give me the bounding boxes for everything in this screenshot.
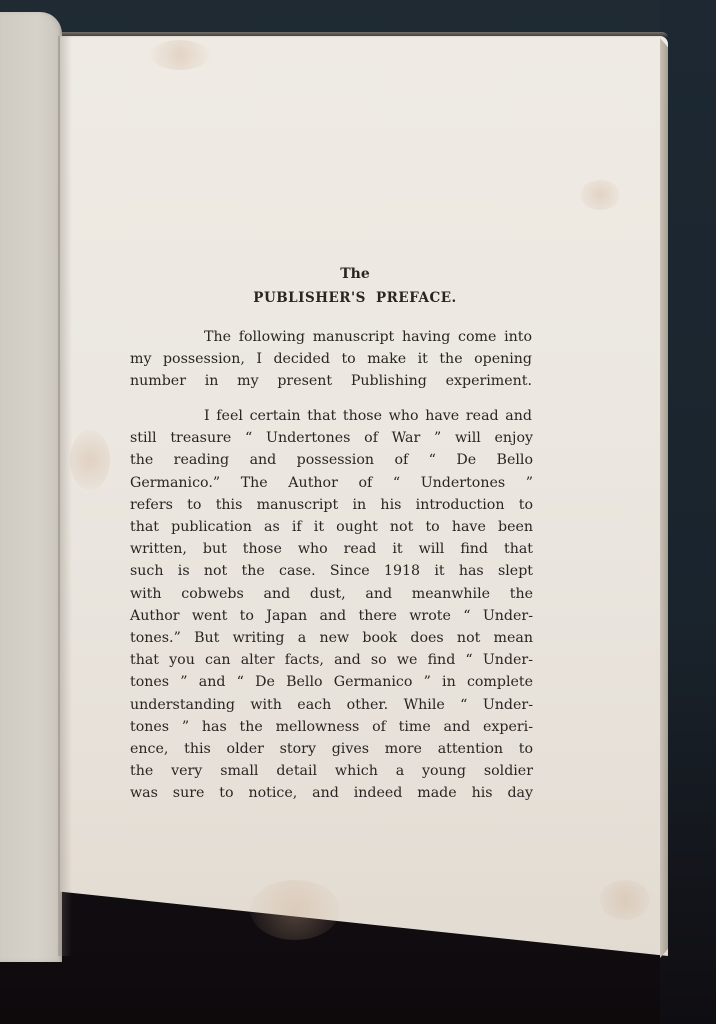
foxing-stain [150, 40, 210, 70]
page-top-edge [60, 32, 668, 38]
text-line: that publication as if it ought not to h… [130, 519, 533, 535]
foxing-stain [250, 880, 340, 940]
text-line: the very small detail which a young sold… [130, 763, 533, 779]
text-line: was sure to notice, and indeed made his … [130, 785, 533, 801]
foxing-stain [580, 180, 620, 210]
text-line: ence, this older story gives more attent… [130, 741, 533, 757]
page-title: PUBLISHER'S PREFACE. [235, 290, 475, 306]
dark-background [660, 0, 716, 1024]
text-line: The following manuscript having come int… [204, 329, 532, 345]
text-line: with cobwebs and dust, and meanwhile the [130, 586, 533, 602]
text-line: that you can alter facts, and so we find… [130, 652, 533, 668]
text-line: I feel certain that those who have read … [204, 408, 532, 424]
foxing-stain [70, 430, 110, 490]
title-small: The [300, 266, 410, 282]
text-line: tones ” and “ De Bello Germanico ” in co… [130, 674, 533, 690]
text-line: tones ” has the mellowness of time and e… [130, 719, 533, 735]
text-line: still treasure “ Undertones of War ” wil… [130, 430, 533, 446]
text-line: understanding with each other. While “ U… [130, 697, 533, 713]
text-line: tones.” But writing a new book does not … [130, 630, 533, 646]
text-line: the reading and possession of “ De Bello [130, 452, 533, 468]
page-fore-edge [660, 38, 668, 958]
foxing-stain [600, 880, 650, 920]
text-line: written, but those who read it will find… [130, 541, 533, 557]
text-line: my possession, I decided to make it the … [130, 351, 532, 367]
text-line: Germanico.” The Author of “ Undertones ” [130, 475, 533, 491]
text-line: such is not the case. Since 1918 it has … [130, 563, 533, 579]
text-line: Author went to Japan and there wrote “ U… [130, 608, 533, 624]
left-facing-page [0, 12, 62, 962]
text-line: number in my present Publishing experime… [130, 373, 532, 389]
text-line: refers to this manuscript in his introdu… [130, 497, 533, 513]
book-gutter-shadow [58, 36, 72, 956]
